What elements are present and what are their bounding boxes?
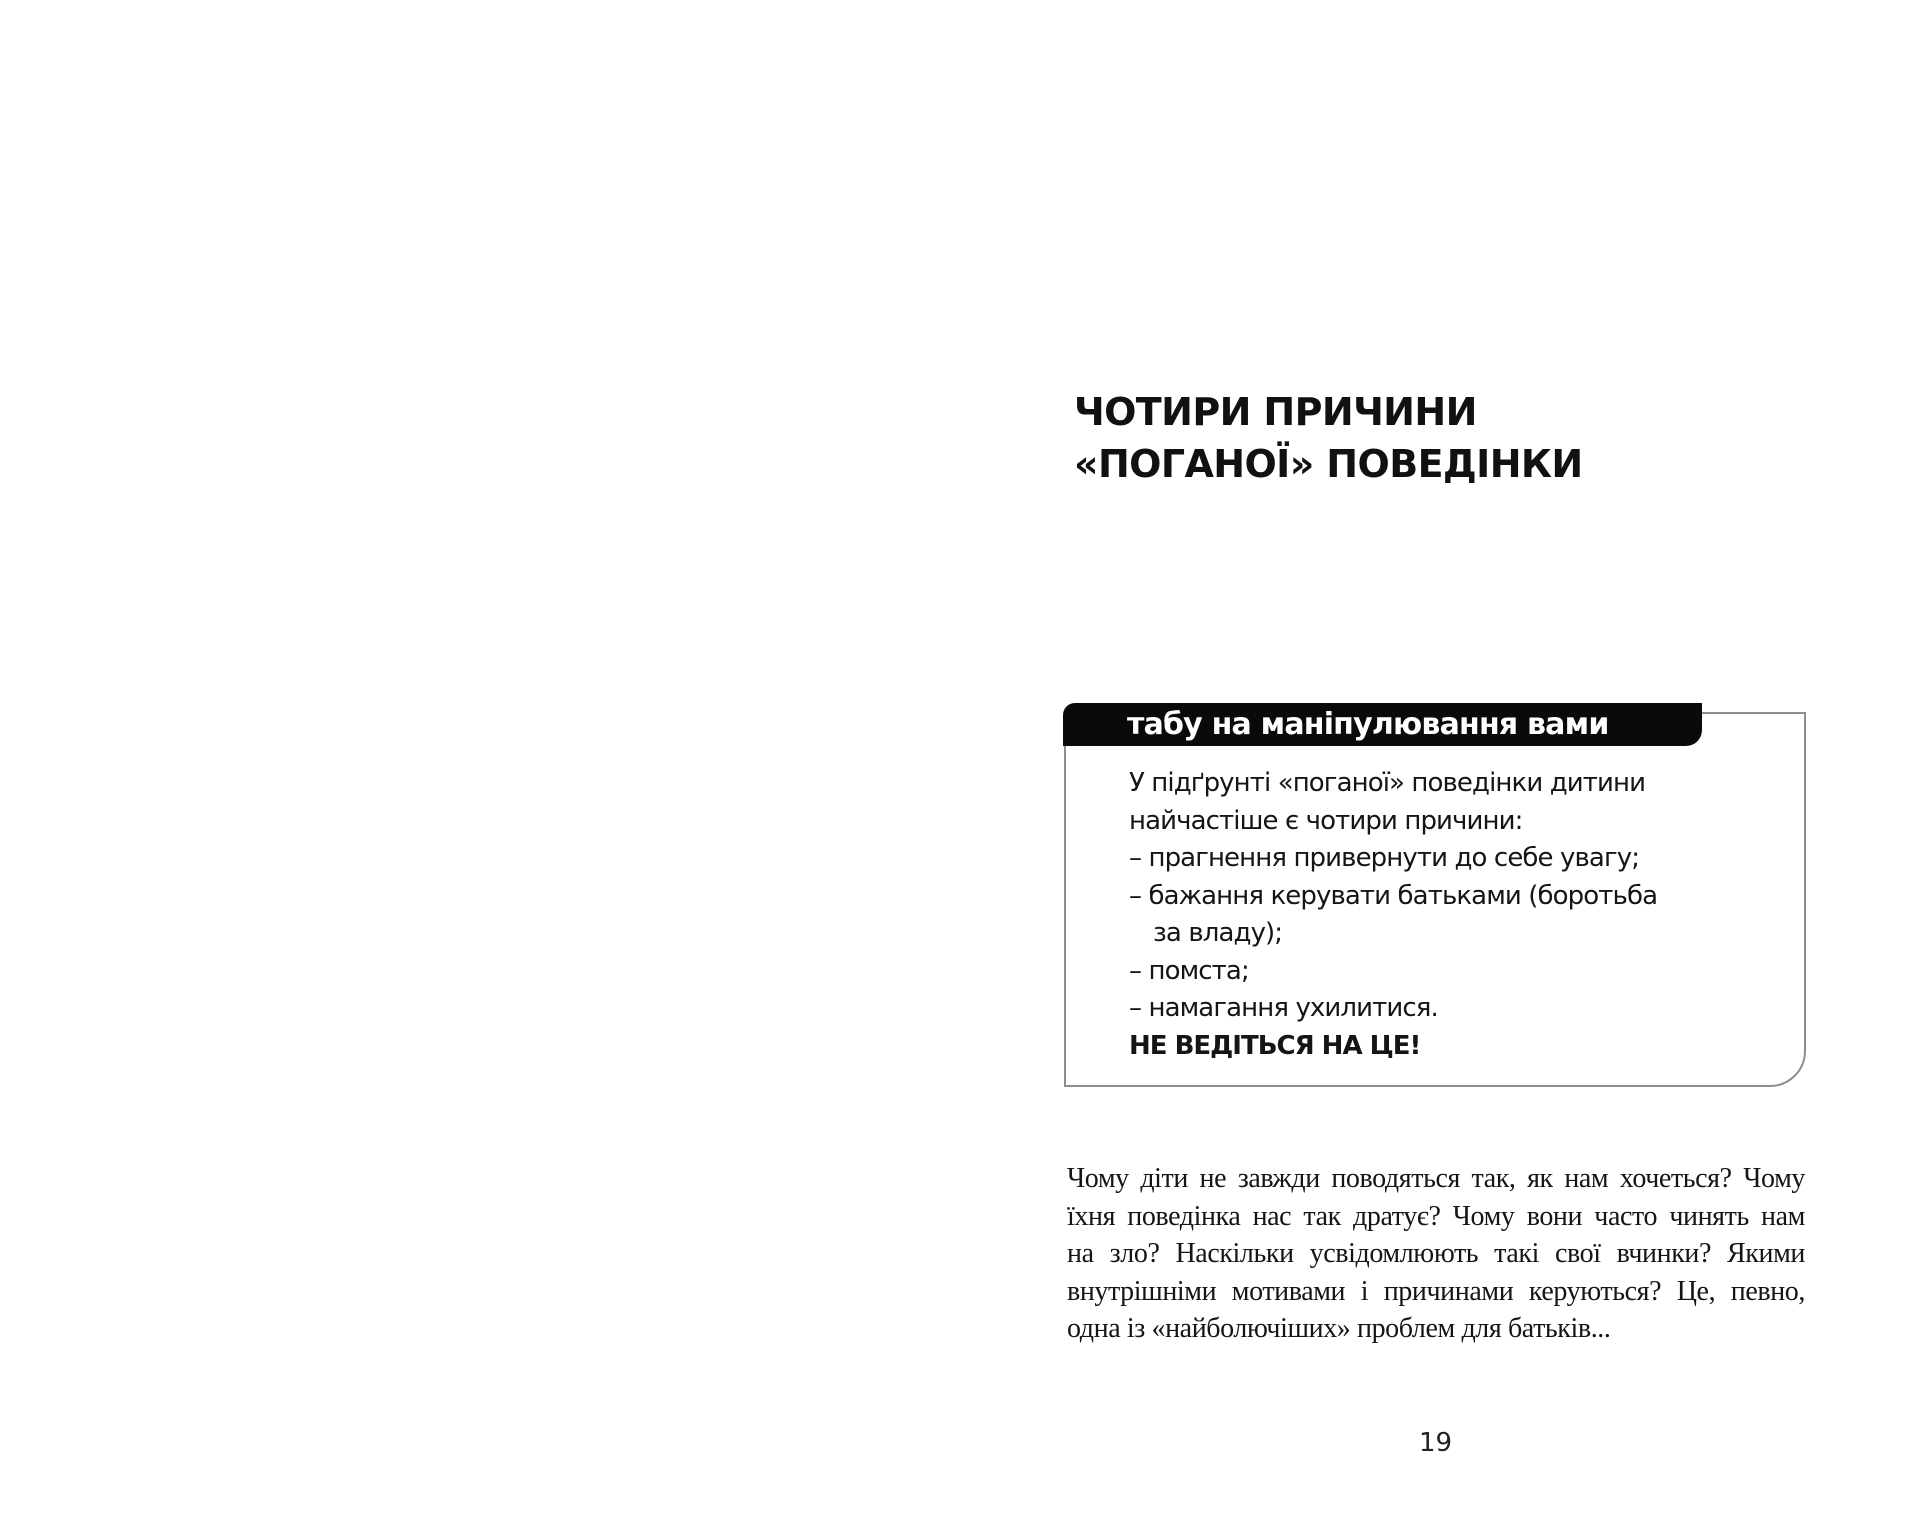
callout-tab-label: табу на маніпулювання вами (1127, 707, 1609, 742)
callout-list-item: – намагання ухилитися. (1129, 990, 1657, 1028)
body-line: одна із «найболючіших» проблем для батьк… (1067, 1310, 1805, 1348)
chapter-title-line-1: ЧОТИРИ ПРИЧИНИ (1074, 386, 1583, 438)
callout-list-item: – помста; (1129, 953, 1657, 991)
callout-list-item-continuation: за владу); (1129, 915, 1657, 953)
callout-list-item: – бажання керувати батьками (боротьба (1129, 878, 1657, 916)
callout-emphasis: НЕ ВЕДІТЬСЯ НА ЦЕ! (1129, 1028, 1657, 1066)
body-paragraph: Чому діти не завжди поводяться так, як н… (1067, 1160, 1805, 1348)
callout-line: найчастіше є чотири причини: (1129, 803, 1657, 841)
left-page-blank (0, 0, 960, 1536)
body-line: їхня поведінка нас так дратує? Чому вони… (1067, 1198, 1805, 1236)
chapter-title-line-2: «ПОГАНОЇ» ПОВЕДІНКИ (1074, 438, 1583, 490)
callout-list-item: – прагнення привернути до себе увагу; (1129, 840, 1657, 878)
body-line: внутрішніми мотивами і причинами керують… (1067, 1273, 1805, 1311)
chapter-title: ЧОТИРИ ПРИЧИНИ «ПОГАНОЇ» ПОВЕДІНКИ (1074, 386, 1583, 490)
body-line: Чому діти не завжди поводяться так, як н… (1067, 1160, 1805, 1198)
callout-line: У підґрунті «поганої» поведінки дитини (1129, 765, 1657, 803)
callout-body: У підґрунті «поганої» поведінки дитини н… (1129, 765, 1657, 1065)
callout-tab: табу на маніпулювання вами (1063, 703, 1702, 746)
body-line: на зло? Наскільки усвідомлюють такі свої… (1067, 1235, 1805, 1273)
page-number: 19 (1419, 1428, 1452, 1458)
